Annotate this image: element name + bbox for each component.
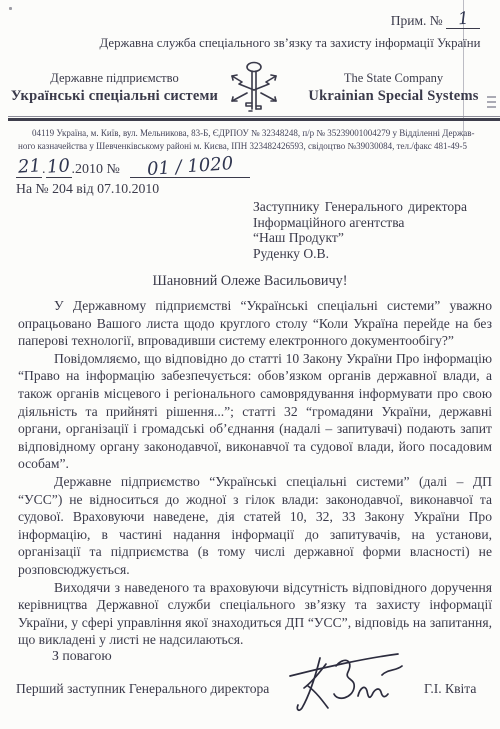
body-paragraph-2: Повідомляємо, що відповідно до статті 10… bbox=[18, 350, 492, 473]
copy-number-blank: 1 bbox=[446, 12, 480, 29]
company-details: 04119 Україна, м. Київ, вул. Мельникова,… bbox=[18, 127, 500, 152]
body-paragraph-1: У Державному підприємстві “Українські сп… bbox=[18, 297, 492, 350]
body-paragraph-4: Виходячи з наведеного та враховуючи відс… bbox=[18, 579, 492, 649]
date-month-blank: 10 bbox=[46, 159, 72, 178]
letter-body: У Державному підприємстві “Українські сп… bbox=[18, 297, 492, 649]
reply-to-reference: На № 204 від 07.10.2010 bbox=[16, 181, 159, 197]
company-name-en: Ukrainian Special Systems bbox=[289, 87, 498, 105]
copy-number-handwritten: 1 bbox=[457, 12, 469, 27]
addressee-position: Заступнику Генерального директора bbox=[253, 199, 467, 215]
addressee-organization-name: “Наш Продукт” bbox=[253, 230, 467, 246]
date-day-handwritten: 21 bbox=[17, 158, 41, 175]
agency-title: Державна служба спеціального зв’язку та … bbox=[85, 36, 495, 51]
copy-number-line: Прим. № 1 bbox=[391, 12, 480, 29]
date-month-handwritten: 10 bbox=[47, 158, 71, 175]
letterhead-english: The State Company Ukrainian Special Syst… bbox=[289, 71, 498, 105]
fax-artifact-speck bbox=[9, 7, 12, 10]
divider-thin-line bbox=[8, 116, 500, 117]
date-year-and-number-sign: .2010 № bbox=[72, 162, 120, 177]
salutation: Шановний Олеже Васильовичу! bbox=[0, 273, 500, 290]
body-paragraph-3: Державне підприємство “Українські спеціа… bbox=[18, 473, 492, 579]
company-type-uk: Державне підприємство bbox=[10, 71, 219, 87]
handwritten-signature bbox=[286, 650, 406, 712]
letterhead-divider bbox=[8, 116, 500, 122]
outgoing-reference-line: 21.10.2010 №01 / 1020 bbox=[16, 159, 250, 178]
closing-regards: З повагою bbox=[52, 648, 112, 664]
key-and-crossed-lightning-emblem-icon bbox=[219, 58, 289, 118]
outgoing-number-blank: 01 / 1020 bbox=[130, 159, 250, 178]
scanned-letter-page: Прим. № 1 Державна служба спеціального з… bbox=[0, 0, 500, 729]
addressee-organization: Інформаційного агентства bbox=[253, 215, 467, 231]
signer-title: Перший заступник Генерального директора bbox=[16, 681, 269, 697]
outgoing-number-handwritten: 01 / 1020 bbox=[146, 156, 233, 177]
letterhead-ukrainian: Державне підприємство Українські спеціал… bbox=[10, 71, 219, 105]
date-day-blank: 21 bbox=[16, 159, 42, 178]
letterhead: Державне підприємство Українські спеціал… bbox=[10, 58, 498, 118]
company-details-line1: 04119 Україна, м. Київ, вул. Мельникова,… bbox=[18, 127, 500, 140]
addressee-block: Заступнику Генерального директора Інформ… bbox=[253, 199, 467, 261]
divider-thick-line bbox=[8, 118, 500, 121]
company-details-line2: ного казначейства у Шевченківському райо… bbox=[18, 140, 500, 153]
company-name-uk: Українські спеціальні системи bbox=[10, 87, 219, 105]
copy-number-label: Прим. № bbox=[391, 13, 443, 28]
signer-name: Г.І. Квіта bbox=[424, 681, 476, 697]
addressee-person: Руденку О.В. bbox=[253, 246, 467, 262]
company-type-en: The State Company bbox=[289, 71, 498, 87]
